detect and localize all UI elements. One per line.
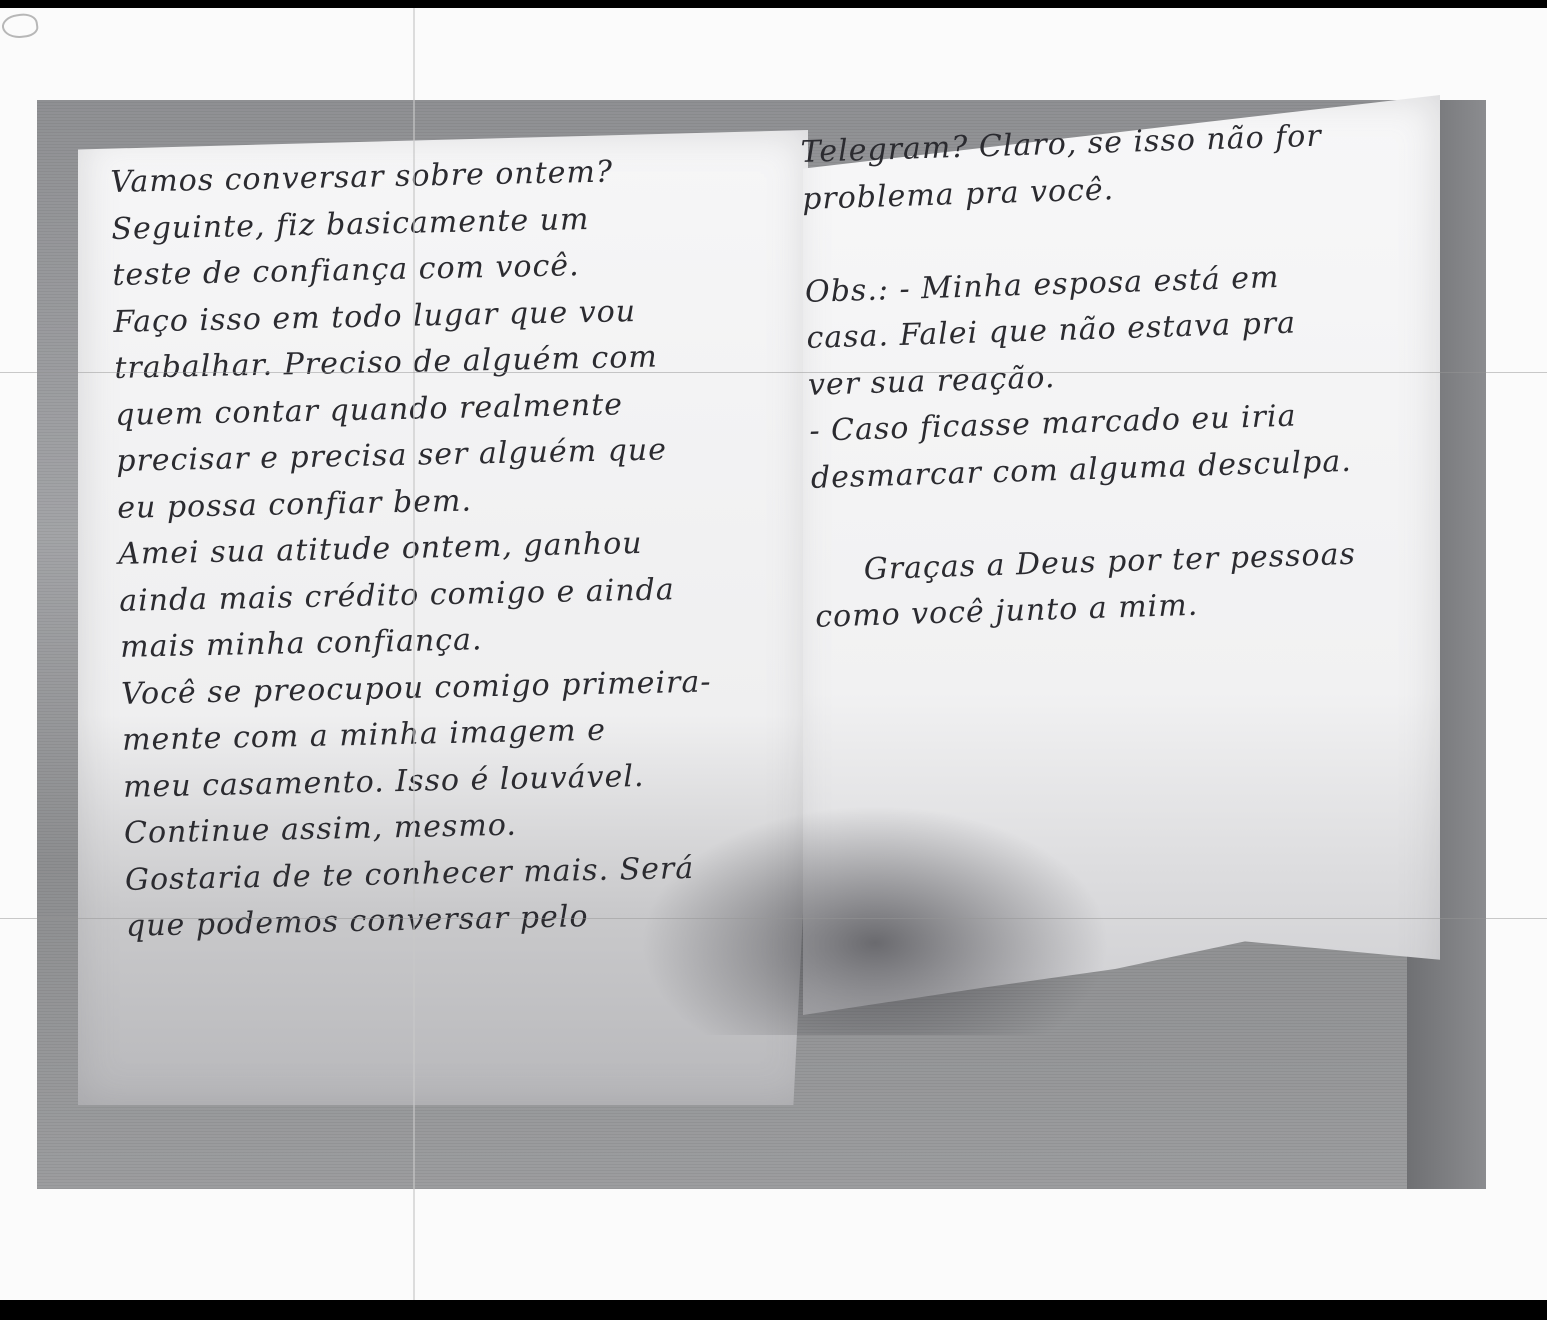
fold-line-horizontal — [0, 372, 1547, 373]
fold-line-horizontal — [0, 918, 1547, 919]
scanner-bottom-border — [0, 1300, 1547, 1320]
corner-stamp-mark — [1, 12, 40, 41]
fold-line-vertical — [413, 8, 415, 1300]
scanner-top-border — [0, 0, 1547, 8]
right-page-text: Telegram? Claro, se isso não for problem… — [800, 113, 1358, 641]
